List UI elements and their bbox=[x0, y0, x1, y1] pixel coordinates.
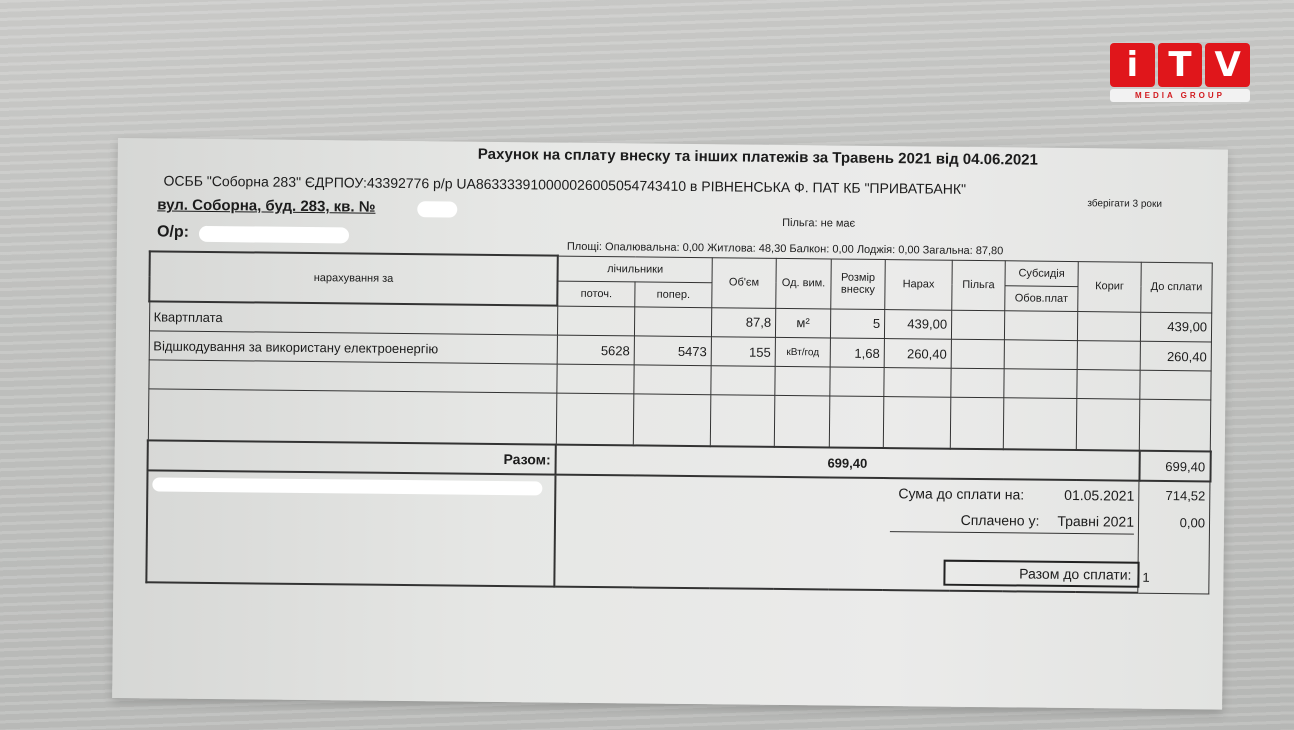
paid-label: Сплачено у: bbox=[961, 512, 1040, 529]
header-current: поточ. bbox=[557, 281, 635, 307]
paid-amount: 0,00 bbox=[1143, 515, 1205, 531]
organization-line: ОСББ "Соборна 283" ЄДРПОУ:43392776 р/р U… bbox=[163, 172, 966, 196]
row-to-pay: 439,00 bbox=[1140, 312, 1211, 342]
header-subsidy: Субсидія bbox=[1005, 260, 1078, 286]
row-accrued: 260,40 bbox=[884, 339, 951, 369]
due-date: 01.05.2021 bbox=[1064, 487, 1134, 504]
grand-total-label: Разом до сплати: bbox=[1019, 565, 1131, 582]
grand-total-value: 1 bbox=[1142, 570, 1204, 586]
header-previous: попер. bbox=[635, 281, 712, 307]
benefit-status: Пільга: не має bbox=[782, 217, 855, 230]
logo-letter: i bbox=[1110, 43, 1155, 87]
header-to-pay: До сплати bbox=[1141, 262, 1213, 313]
row-current: 5628 bbox=[557, 335, 635, 365]
row-current bbox=[557, 306, 635, 336]
row-benefit bbox=[951, 339, 1004, 369]
row-rate: 1,68 bbox=[830, 338, 884, 368]
grand-total-box: Разом до сплати: bbox=[943, 560, 1139, 588]
total-to-pay: 699,40 bbox=[1139, 451, 1210, 482]
header-mandatory: Обов.плат bbox=[1005, 285, 1078, 311]
header-correction: Кориг bbox=[1078, 261, 1142, 312]
row-mandatory bbox=[1004, 310, 1077, 340]
logo-subtitle: MEDIA GROUP bbox=[1110, 89, 1250, 102]
bill-title: Рахунок на сплату внеску та інших платеж… bbox=[478, 146, 1038, 169]
row-volume: 155 bbox=[711, 337, 775, 367]
keep-note: зберігати 3 роки bbox=[1087, 198, 1162, 210]
total-label: Разом: bbox=[148, 440, 556, 474]
header-benefit: Пільга bbox=[952, 260, 1006, 311]
row-rate: 5 bbox=[830, 308, 884, 338]
redaction bbox=[199, 226, 349, 244]
logo-letter: V bbox=[1205, 43, 1250, 87]
row-unit: кВт/год bbox=[775, 337, 830, 367]
row-previous bbox=[634, 306, 711, 336]
row-name: Відшкодування за використану електроенер… bbox=[149, 331, 557, 364]
row-benefit bbox=[951, 310, 1004, 340]
header-volume: Об'єм bbox=[712, 257, 777, 308]
summary-amounts: 714,52 0,00 1 bbox=[1138, 481, 1210, 594]
header-unit: Од. вим. bbox=[776, 258, 832, 309]
link-area bbox=[146, 470, 555, 586]
header-charge-for: нарахування за bbox=[149, 251, 558, 305]
charges-table: нарахування за лічильники Об'єм Од. вим.… bbox=[145, 250, 1213, 594]
row-accrued: 439,00 bbox=[884, 309, 951, 339]
row-unit: м² bbox=[775, 308, 830, 338]
header-accrued: Нарах bbox=[885, 259, 953, 310]
row-correction bbox=[1077, 341, 1140, 371]
redaction bbox=[152, 477, 542, 495]
header-rate: Розмір внеску bbox=[831, 258, 886, 309]
row-mandatory bbox=[1004, 340, 1077, 370]
redaction bbox=[417, 201, 457, 217]
account-label: О/р: bbox=[157, 223, 189, 241]
address: вул. Соборна, буд. 283, кв. № bbox=[157, 196, 375, 215]
header-meters: лічильники bbox=[558, 256, 713, 283]
row-volume: 87,8 bbox=[711, 307, 775, 337]
summary-cell: Сума до сплати на: 01.05.2021 Сплачено у… bbox=[554, 475, 1139, 593]
paid-month: Травні 2021 bbox=[1057, 513, 1134, 530]
logo-letter: T bbox=[1158, 43, 1203, 87]
summary-row: Сума до сплати на: 01.05.2021 Сплачено у… bbox=[146, 470, 1210, 593]
row-correction bbox=[1077, 311, 1140, 341]
row-previous: 5473 bbox=[634, 336, 711, 366]
row-to-pay: 260,40 bbox=[1140, 341, 1211, 371]
bill-paper: Рахунок на сплату внеску та інших платеж… bbox=[112, 138, 1228, 710]
row-name: Квартплата bbox=[149, 301, 557, 335]
due-label: Сума до сплати на: bbox=[898, 485, 1024, 502]
due-amount: 714,52 bbox=[1143, 488, 1205, 504]
itv-logo: i T V MEDIA GROUP bbox=[1110, 43, 1250, 102]
